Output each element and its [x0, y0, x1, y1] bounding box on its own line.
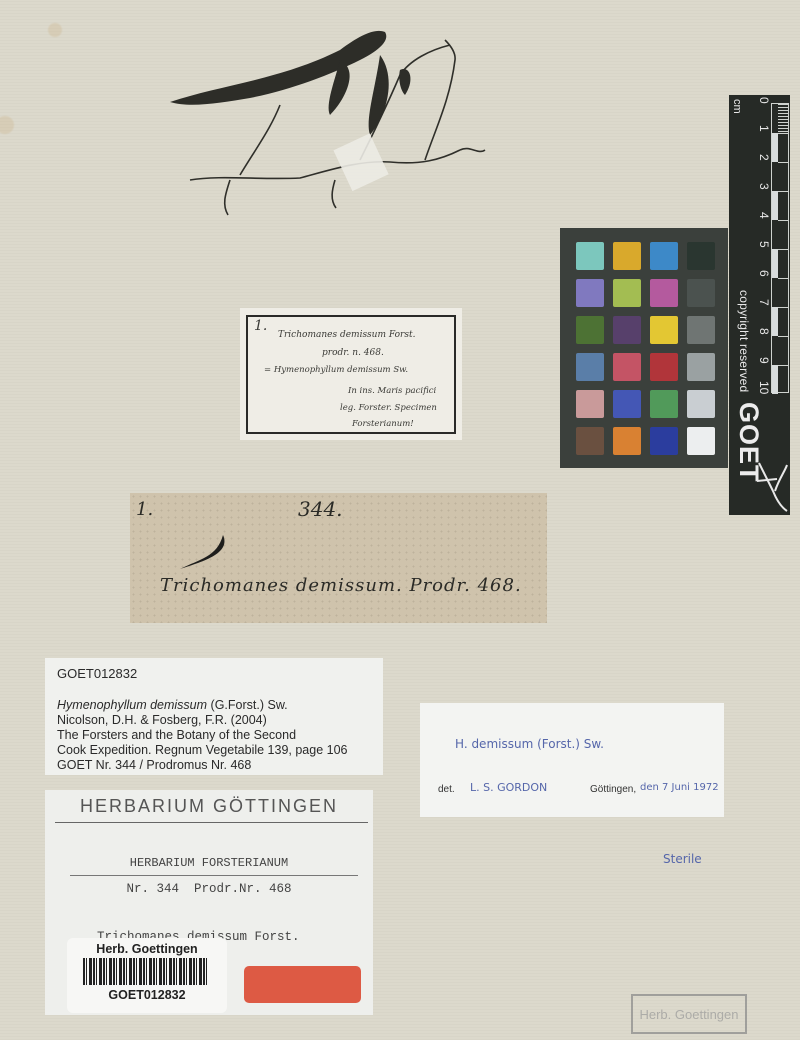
ruler-unit: cm: [731, 99, 743, 114]
determination-label: H. demissum (Forst.) Sw. det. L. S. GORD…: [420, 703, 724, 817]
red-type-tag: [244, 966, 361, 1003]
barcode-sticker: Herb. Goettingen GOET012832: [67, 938, 227, 1013]
collection-number: 344.: [298, 497, 343, 521]
color-swatch: [650, 390, 678, 418]
color-swatch: [650, 242, 678, 270]
taxon-author: (G.Forst.) Sw.: [207, 698, 288, 712]
ruler-number: 8: [757, 328, 771, 335]
color-swatch: [650, 353, 678, 381]
handwritten-line: Trichomanes demissum Forst.: [278, 330, 415, 340]
flourish-icon: [175, 533, 235, 573]
ruler-scale: [771, 103, 789, 393]
color-swatch: [576, 279, 604, 307]
color-swatch: [576, 353, 604, 381]
color-swatch: [687, 242, 715, 270]
taxon-name: Hymenophyllum demissum: [57, 698, 207, 712]
sterile-annotation: Sterile: [663, 852, 702, 866]
ruler-number: 7: [757, 299, 771, 306]
reference-line: Cook Expedition. Regnum Vegetabile 139, …: [57, 743, 348, 758]
herbarium-header: HERBARIUM GÖTTINGEN: [45, 796, 373, 817]
color-swatch: [613, 316, 641, 344]
handwritten-line: prodr. n. 468.: [322, 348, 384, 358]
barcode-icon: [83, 958, 208, 985]
color-swatch: [687, 427, 715, 455]
color-swatch: [613, 242, 641, 270]
ruler-number: 9: [757, 357, 771, 364]
handwritten-label: 1. Trichomanes demissum Forst. prodr. n.…: [240, 308, 462, 440]
reference-line: Nicolson, D.H. & Fosberg, F.R. (2004): [57, 713, 348, 728]
handwritten-line: In ins. Maris pacifici: [348, 386, 436, 396]
goet-logo-icon: [755, 461, 789, 513]
determined-name: H. demissum (Forst.) Sw.: [455, 737, 604, 751]
reference-line: GOET Nr. 344 / Prodromus Nr. 468: [57, 758, 348, 773]
color-swatch: [576, 427, 604, 455]
barcode-title: Herb. Goettingen: [67, 942, 227, 956]
color-swatch: [687, 353, 715, 381]
specimen-numbers: Nr. 344 Prodr.Nr. 468: [45, 882, 373, 896]
ruler-number: 5: [757, 241, 771, 248]
color-swatch: [576, 316, 604, 344]
ruler-number: 3: [757, 183, 771, 190]
det-place: Göttingen,: [590, 784, 636, 795]
color-swatch: [687, 316, 715, 344]
label-number: 1.: [136, 499, 153, 520]
determiner-name: L. S. GORDON: [470, 781, 547, 794]
color-swatch: [613, 353, 641, 381]
color-swatch: [613, 279, 641, 307]
color-swatch: [687, 279, 715, 307]
herbarium-stamp: Herb. Goettingen: [631, 994, 747, 1034]
color-calibration-card: [560, 228, 728, 468]
paper-label-text: Trichomanes demissum. Prodr. 468.: [160, 575, 522, 596]
reference-line: The Forsters and the Botany of the Secon…: [57, 728, 348, 743]
color-swatch: [650, 316, 678, 344]
collection-name: HERBARIUM FORSTERIANUM: [45, 856, 373, 870]
reference-label: GOET012832 Hymenophyllum demissum (G.For…: [45, 658, 383, 775]
scale-ruler: cm 0 1 2 3 4 5 6 7 8 9 10 copyright rese…: [729, 95, 790, 515]
original-paper-label: 1. 344. Trichomanes demissum. Prodr. 468…: [130, 493, 547, 623]
det-date: den 7 Juni 1972: [640, 782, 719, 793]
accession-number: GOET012832: [57, 666, 137, 681]
label-number: 1.: [254, 318, 267, 334]
handwritten-line: Forsterianum!: [352, 419, 414, 429]
det-prefix: det.: [438, 784, 455, 795]
ruler-number: 2: [757, 154, 771, 161]
color-swatch: [613, 390, 641, 418]
color-swatch: [576, 390, 604, 418]
herbarium-label: HERBARIUM GÖTTINGEN HERBARIUM FORSTERIAN…: [45, 790, 373, 1015]
color-swatch: [650, 427, 678, 455]
ruler-number: 10: [757, 381, 771, 394]
color-swatch: [687, 390, 715, 418]
ruler-number: 1: [757, 125, 771, 132]
color-swatch: [576, 242, 604, 270]
ruler-number: 4: [757, 212, 771, 219]
color-swatch: [650, 279, 678, 307]
barcode-number: GOET012832: [67, 988, 227, 1002]
copyright-text: copyright reserved: [737, 290, 751, 392]
handwritten-line: leg. Forster. Specimen: [340, 403, 437, 413]
ruler-number: 6: [757, 270, 771, 277]
fern-specimen: [160, 20, 500, 220]
color-swatch: [613, 427, 641, 455]
handwritten-line: = Hymenophyllum demissum Sw.: [264, 365, 408, 375]
ruler-number: 0: [757, 97, 771, 104]
